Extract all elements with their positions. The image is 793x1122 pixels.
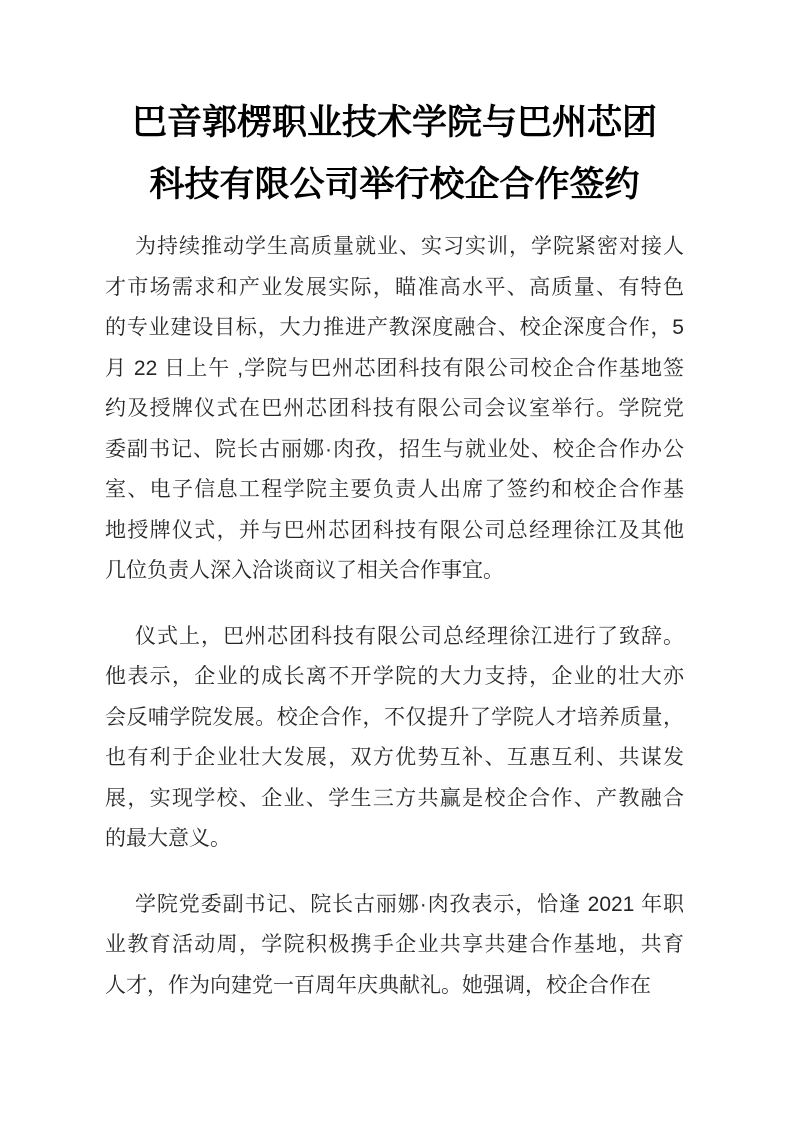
text-line: 他表示，企业的成长离不开学院的大力支持，企业的壮大亦: [105, 657, 684, 698]
paragraph: 为持续推动学生高质量就业、实习实训，学院紧密对接人才市场需求和产业发展实际，瞄准…: [105, 227, 684, 592]
text-line: 学院党委副书记、院长古丽娜·肉孜表示，恰逢 2021 年职: [105, 885, 684, 926]
title-line-1: 巴音郭楞职业技术学院与巴州芯团: [105, 92, 684, 154]
text-line: 几位负责人深入洽谈商议了相关合作事宜。: [105, 551, 684, 592]
text-line: 的最大意义。: [105, 819, 684, 860]
text-line: 室、电子信息工程学院主要负责人出席了签约和校企合作基: [105, 470, 684, 511]
text-line: 也有利于企业壮大发展，双方优势互补、互惠互利、共谋发: [105, 738, 684, 779]
text-line: 月 22 日上午 ,学院与巴州芯团科技有限公司校企合作基地签: [105, 349, 684, 390]
text-line: 会反哺学院发展。校企合作，不仅提升了学院人才培养质量，: [105, 698, 684, 739]
paragraph: 学院党委副书记、院长古丽娜·肉孜表示，恰逢 2021 年职业教育活动周，学院积极…: [105, 885, 684, 1007]
title-line-2: 科技有限公司举行校企合作签约: [105, 154, 684, 216]
text-line: 约及授牌仪式在巴州芯团科技有限公司会议室举行。学院党: [105, 389, 684, 430]
text-line: 才市场需求和产业发展实际，瞄准高水平、高质量、有特色: [105, 268, 684, 309]
document-title: 巴音郭楞职业技术学院与巴州芯团 科技有限公司举行校企合作签约: [105, 92, 684, 216]
document-body: 为持续推动学生高质量就业、实习实训，学院紧密对接人才市场需求和产业发展实际，瞄准…: [105, 227, 684, 1006]
paragraph: 仪式上，巴州芯团科技有限公司总经理徐江进行了致辞。他表示，企业的成长离不开学院的…: [105, 617, 684, 860]
text-line: 仪式上，巴州芯团科技有限公司总经理徐江进行了致辞。: [105, 617, 684, 658]
text-line: 的专业建设目标，大力推进产教深度融合、校企深度合作，5: [105, 308, 684, 349]
text-line: 业教育活动周，学院积极携手企业共享共建合作基地，共育: [105, 925, 684, 966]
text-line: 地授牌仪式，并与巴州芯团科技有限公司总经理徐江及其他: [105, 511, 684, 552]
text-line: 委副书记、院长古丽娜·肉孜，招生与就业处、校企合作办公: [105, 430, 684, 471]
text-line: 人才，作为向建党一百周年庆典献礼。她强调，校企合作在: [105, 966, 684, 1007]
text-line: 展，实现学校、企业、学生三方共赢是校企合作、产教融合: [105, 779, 684, 820]
document-page: 巴音郭楞职业技术学院与巴州芯团 科技有限公司举行校企合作签约 为持续推动学生高质…: [0, 0, 793, 1122]
text-line: 为持续推动学生高质量就业、实习实训，学院紧密对接人: [105, 227, 684, 268]
